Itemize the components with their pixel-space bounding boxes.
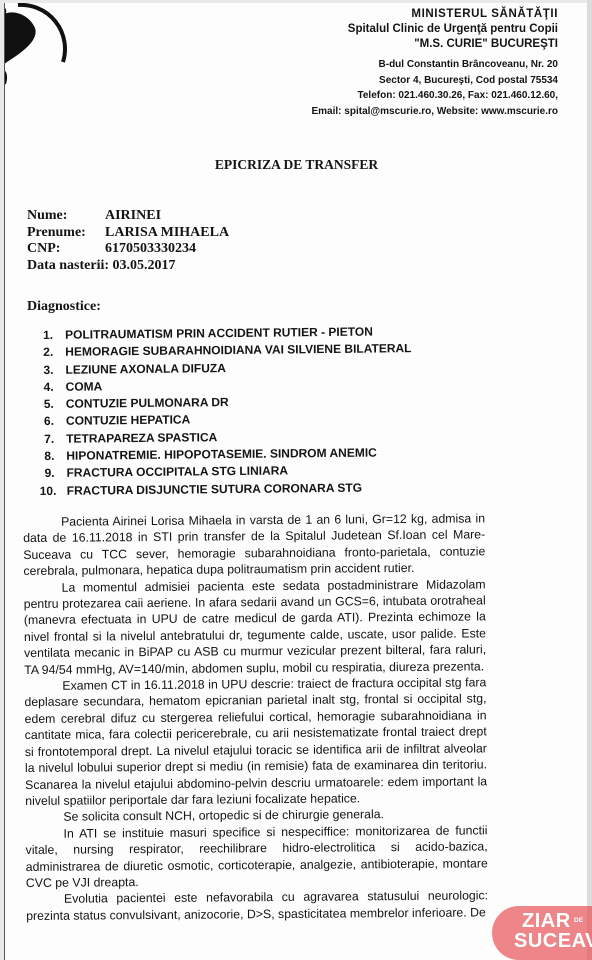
field-value: 03.05.2017: [113, 258, 176, 275]
item-number: 9.: [44, 465, 66, 483]
paragraph: La momentul admisiei pacienta este sedat…: [24, 576, 487, 678]
item-number: 1.: [43, 327, 65, 345]
diagnoses-heading: Diagnostice:: [27, 299, 101, 315]
field-label: CNP:: [27, 241, 105, 258]
paragraph: Examen CT in 16.11.2018 in UPU descrie: …: [24, 674, 487, 809]
hospital-address: B-dul Constantin Brâncoveanu, Nr. 20 Sec…: [312, 57, 559, 119]
item-text: TETRAPAREZA SPASTICA: [66, 429, 217, 448]
item-number: 7.: [44, 431, 66, 449]
document-page: MINISTERUL SĂNĂTĂŢII Spitalul Clinic de …: [4, 3, 588, 960]
item-text: HIPONATREMIE. HIPOPOTASEMIE. SINDROM ANE…: [66, 445, 377, 466]
diagnoses-list: 1.POLITRAUMATISM PRIN ACCIDENT RUTIER - …: [43, 323, 413, 500]
field-value: AIRINEI: [105, 208, 161, 225]
watermark-text-small: DE: [574, 917, 583, 924]
item-number: 8.: [44, 448, 66, 466]
hospital-name: Spitalul Clinic de Urgenţă pentru Copii: [312, 22, 559, 37]
field-value: 6170503330234: [105, 241, 196, 258]
field-label: Prenume:: [27, 225, 105, 242]
hospital-header: MINISTERUL SĂNĂTĂŢII Spitalul Clinic de …: [312, 7, 559, 119]
field-label: Nume:: [27, 208, 105, 225]
hospital-logo-icon: [4, 3, 71, 120]
epicrisis-body: Pacienta Airinei Lorisa Mihaela in varst…: [23, 510, 488, 924]
item-number: 10.: [40, 482, 67, 500]
item-text: LEZIUNE AXONALA DIFUZA: [65, 360, 226, 379]
ministry-name: MINISTERUL SĂNĂTĂŢII: [312, 7, 559, 22]
patient-field: CNP: 6170503330234: [27, 241, 229, 258]
item-text: COMA: [66, 378, 103, 396]
watermark-logo: ZIAR DE SUCEAVA: [492, 906, 592, 960]
watermark-text: SUCEAVA: [514, 930, 592, 953]
patient-field: Data nasterii: 03.05.2017: [27, 258, 229, 275]
item-number: 4.: [44, 379, 66, 397]
paragraph: In ATI se instituie masuri specifice si …: [25, 822, 488, 891]
page-edge: [587, 0, 592, 960]
item-text: HEMORAGIE SUBARAHNOIDIANA VAI SILVIENE B…: [65, 340, 411, 361]
field-value: LARISA MIHAELA: [105, 225, 229, 242]
phone-line: Telefon: 021.460.30.26, Fax: 021.460.12.…: [312, 88, 559, 104]
document-title: EPICRIZA DE TRANSFER: [5, 157, 588, 173]
paragraph: Evolutia pacientei este nefavorabila cu …: [26, 888, 488, 924]
patient-field: Nume: AIRINEI: [27, 208, 229, 225]
address-line: B-dul Constantin Brâncoveanu, Nr. 20: [312, 57, 559, 73]
item-number: 2.: [43, 344, 65, 362]
contact-line: Email: spital@mscurie.ro, Website: www.m…: [312, 104, 559, 120]
address-line: Sector 4, Bucureşti, Cod postal 75534: [312, 73, 559, 89]
item-number: 6.: [44, 413, 66, 431]
list-item: 10.FRACTURA DISJUNCTIE SUTURA CORONARA S…: [40, 479, 413, 500]
field-label: Data nasterii:: [27, 258, 109, 275]
item-text: CONTUZIE PULMONARA DR: [66, 394, 229, 413]
item-text: CONTUZIE HEPATICA: [66, 412, 190, 431]
item-number: 3.: [43, 361, 65, 379]
item-number: 5.: [44, 396, 66, 414]
hospital-name-2: "M.S. CURIE" BUCUREŞTI: [312, 37, 559, 52]
item-text: FRACTURA DISJUNCTIE SUTURA CORONARA STG: [67, 479, 363, 499]
patient-info: Nume: AIRINEI Prenume: LARISA MIHAELA CN…: [27, 208, 229, 274]
paragraph: Pacienta Airinei Lorisa Mihaela in varst…: [23, 510, 486, 579]
patient-field: Prenume: LARISA MIHAELA: [27, 225, 229, 242]
